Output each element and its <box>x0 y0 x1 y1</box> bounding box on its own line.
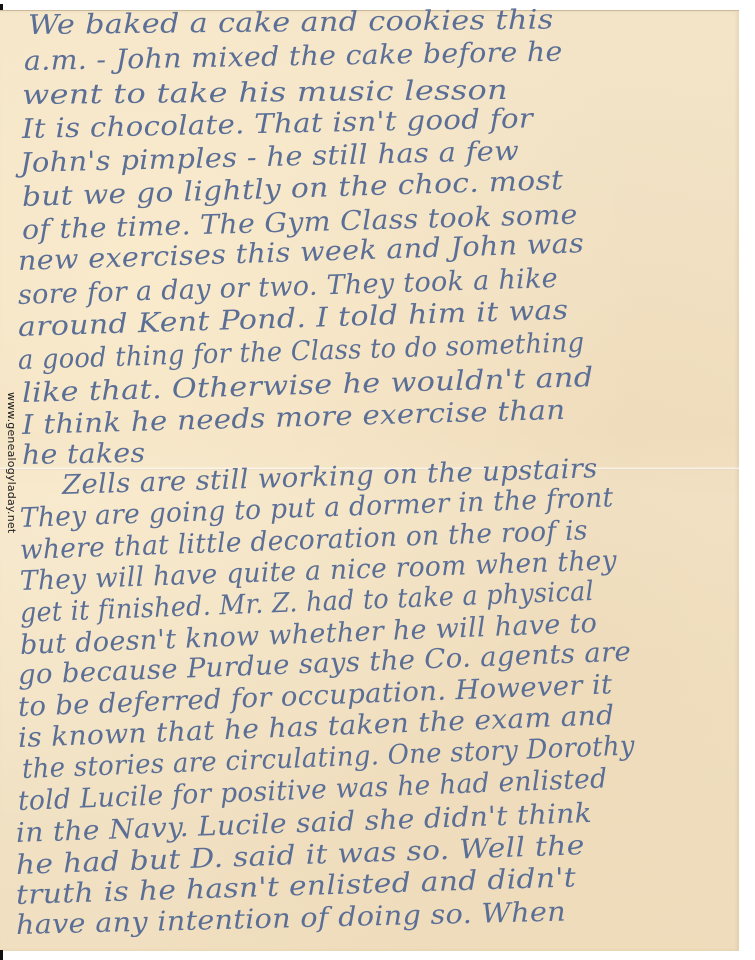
text-line: We baked a cake and cookies this <box>28 4 554 41</box>
text-line: he takes <box>22 438 146 471</box>
text-line: a.m. - John mixed the cake before he <box>24 37 563 77</box>
scanned-letter-page: www.genealogyladay.net We baked a cake a… <box>0 0 755 960</box>
handwritten-text-body: We baked a cake and cookies this a.m. - … <box>0 0 739 960</box>
